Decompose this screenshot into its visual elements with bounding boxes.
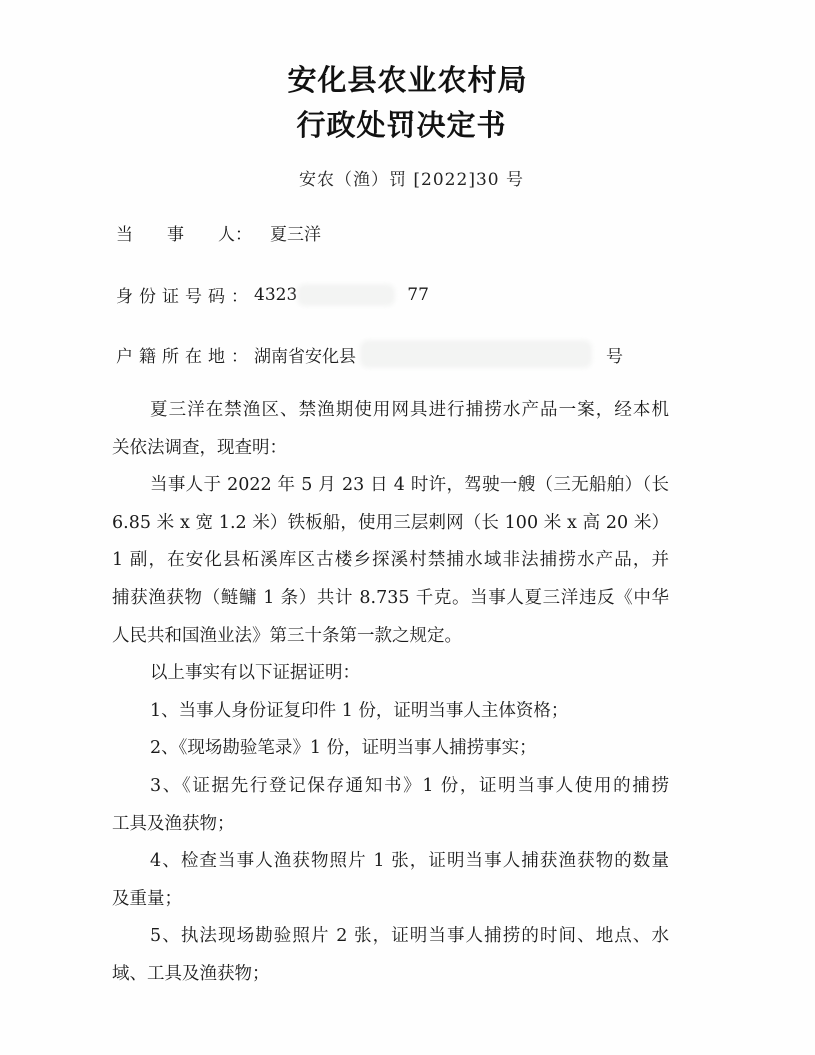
- body-line: 关依法调查，现查明：: [112, 430, 682, 468]
- body-line: 工具及渔获物；: [112, 806, 682, 844]
- body-line: 捕获渔获物（鲢鳙 1 条）共计 8.735 千克。当事人夏三洋违反《中华: [112, 580, 669, 618]
- document-number: 安农（渔）罚 [2022]30 号: [0, 165, 815, 190]
- id-number-suffix: 77: [407, 285, 429, 305]
- body-line: 5、执法现场勘验照片 2 张，证明当事人捕捞的时间、地点、水: [112, 918, 669, 956]
- redacted-region: [297, 284, 395, 306]
- party-field: 当事人： 夏三洋: [116, 220, 321, 245]
- document-body: 夏三洋在禁渔区、禁渔期使用网具进行捕捞水产品一案，经本机关依法调查，现查明：当事…: [112, 392, 682, 994]
- document-page: 安化县农业农村局 行政处罚决定书 安农（渔）罚 [2022]30 号 当事人： …: [0, 0, 815, 1055]
- id-number-label: 身份证号码：: [116, 282, 254, 307]
- id-number-field: 身份证号码： 4323 77: [116, 282, 429, 307]
- body-line: 3、《证据先行登记保存通知书》1 份，证明当事人使用的捕捞: [112, 768, 669, 806]
- agency-title: 安化县农业农村局: [0, 58, 815, 99]
- body-line: 域、工具及渔获物；: [112, 956, 682, 994]
- residence-field: 户籍所在地： 湖南省安化县 号: [116, 340, 623, 368]
- body-line: 夏三洋在禁渔区、禁渔期使用网具进行捕捞水产品一案，经本机: [112, 392, 669, 430]
- body-line: 2、《现场勘验笔录》1 份，证明当事人捕捞事实；: [112, 730, 682, 768]
- redacted-region: [360, 340, 592, 368]
- residence-label: 户籍所在地：: [116, 342, 254, 367]
- body-line: 当事人于 2022 年 5 月 23 日 4 时许，驾驶一艘（三无船舶）（长: [112, 467, 669, 505]
- body-line: 4、检查当事人渔获物照片 1 张，证明当事人捕获渔获物的数量: [112, 843, 669, 881]
- body-line: 及重量；: [112, 881, 682, 919]
- body-line: 人民共和国渔业法》第三十条第一款之规定。: [112, 618, 682, 656]
- party-label-char: 人：: [218, 220, 252, 245]
- party-label: 当事人：: [116, 220, 270, 245]
- body-line: 以上事实有以下证据证明：: [112, 655, 682, 693]
- party-label-char: 当: [116, 220, 167, 245]
- body-line: 1、当事人身份证复印件 1 份，证明当事人主体资格；: [112, 693, 682, 731]
- residence-prefix: 湖南省安化县: [254, 342, 356, 367]
- residence-suffix: 号: [606, 342, 623, 367]
- body-line: 1 副，在安化县柘溪库区古楼乡探溪村禁捕水域非法捕捞水产品，并: [112, 542, 669, 580]
- id-number-prefix: 4323: [254, 285, 297, 305]
- party-label-char: 事: [167, 220, 218, 245]
- party-name: 夏三洋: [270, 220, 321, 245]
- body-line: 6.85 米 x 宽 1.2 米）铁板船，使用三层刺网（长 100 米 x 高 …: [112, 505, 669, 543]
- document-type-title: 行政处罚决定书: [0, 103, 809, 144]
